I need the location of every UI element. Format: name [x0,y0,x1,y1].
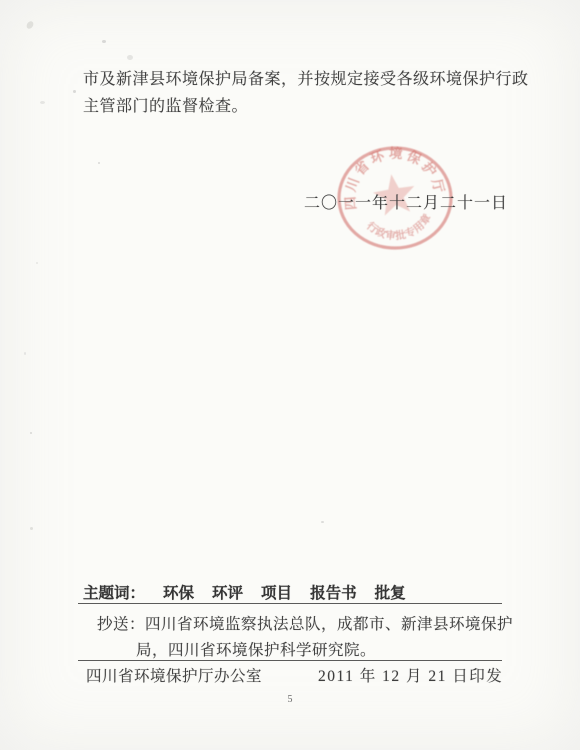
keywords-label: 主题词： [83,585,145,602]
print-date: 2011 年 12 月 21 日印发 [318,669,503,685]
keyword-item: 项目 [261,585,292,602]
signature-date: 二〇一一年十二月二十一日 [304,196,508,212]
keyword-item: 批复 [375,585,406,602]
page-number: 5 [0,694,580,705]
keyword-item: 报告书 [310,585,357,602]
keyword-item: 环保 [163,585,194,602]
body-text-line-2: 主管部门的监督检查。 [83,99,248,115]
scan-speck [98,162,100,164]
body-text-line-1: 市及新津县环境保护局备案，并按规定接受各级环境保护行政 [83,72,529,88]
cc-text-1: 四川省环境监察执法总队，成都市、新津县环境保护 [145,616,513,633]
scan-speck [30,432,32,434]
scan-speck [102,40,106,43]
scan-speck [140,72,143,75]
scan-speck [73,90,76,93]
cc-line-2: 局，四川省环境保护科学研究院。 [136,643,376,659]
cc-line-1: 抄送：四川省环境监察执法总队，成都市、新津县环境保护 [97,617,513,633]
scan-speck [30,527,33,530]
scan-speck [36,262,38,264]
scan-speck [25,20,35,30]
issuing-office: 四川省环境保护厅办公室 [86,669,262,685]
footer-divider-bottom [78,660,502,661]
keywords-row: 主题词：环保环评项目报告书批复 [83,581,406,603]
scan-speck [24,352,26,355]
document-page: 市及新津县环境保护局备案，并按规定接受各级环境保护行政 主管部门的监督检查。 二… [0,0,580,750]
cc-label: 抄送： [97,616,145,633]
scan-speck [40,101,45,104]
footer-divider-top [78,603,502,604]
scan-speck [127,55,133,60]
keyword-item: 环评 [212,585,243,602]
scan-speck [321,521,324,523]
